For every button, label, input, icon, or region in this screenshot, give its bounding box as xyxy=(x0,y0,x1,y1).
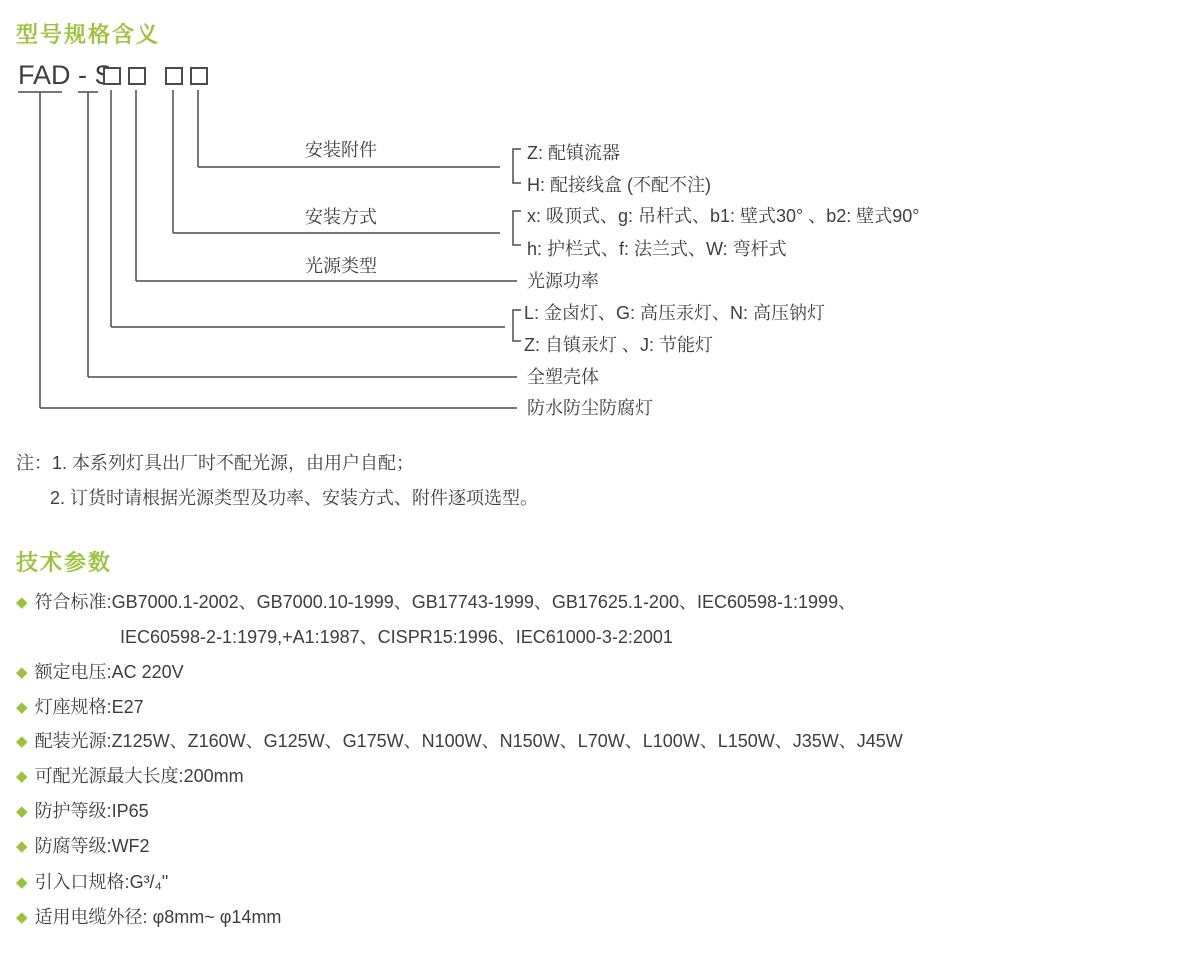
model-code-box-1 xyxy=(103,67,121,85)
param-standards-continued: IEC60598-2-1:1979,+A1:1987、CISPR15:1996、… xyxy=(120,627,673,647)
param-ip-rating: 防护等级:IP65 xyxy=(16,801,149,822)
branch-label-mounting: 安装方式 xyxy=(305,208,377,226)
param-text: 可配光源最大长度:200mm xyxy=(35,766,244,786)
model-spec-heading: 型号规格含义 xyxy=(16,18,160,49)
branch-label-source-power: 光源功率 xyxy=(527,272,599,290)
param-max-length: 可配光源最大长度:200mm xyxy=(16,766,244,787)
model-code-box-3 xyxy=(165,67,183,85)
option-source-type-row-1: L: 金卤灯、G: 高压汞灯、N: 高压钠灯 xyxy=(524,304,825,322)
param-text: 额定电压:AC 220V xyxy=(35,662,184,682)
param-text: 灯座规格:E27 xyxy=(35,697,144,717)
note-line-2: 2. 订货时请根据光源类型及功率、安装方式、附件逐项选型。 xyxy=(50,488,538,508)
option-attachment-z: Z: 配镇流器 xyxy=(527,144,620,162)
param-text: 防腐等级:WF2 xyxy=(35,836,150,856)
branch-label-product: 防水防尘防腐灯 xyxy=(527,399,653,417)
param-inlet-spec: 引入口规格:G³/₄" xyxy=(16,872,168,893)
param-rated-voltage: 额定电压:AC 220V xyxy=(16,662,184,683)
param-lamp-holder: 灯座规格:E27 xyxy=(16,697,144,718)
branch-label-attachment: 安装附件 xyxy=(305,141,377,159)
param-text: 适用电缆外径: φ8mm~ φ14mm xyxy=(35,907,282,927)
option-source-type-row-2: Z: 自镇汞灯 、J: 节能灯 xyxy=(524,336,713,354)
branch-label-housing: 全塑壳体 xyxy=(527,368,599,386)
param-cable-diameter: 适用电缆外径: φ8mm~ φ14mm xyxy=(16,907,281,928)
spec-page: 型号规格含义 FAD - S 安装附件 安装方式 光源类型 Z: 配镇流器 H:… xyxy=(0,0,1200,954)
param-standards: 符合标准:GB7000.1-2002、GB7000.10-1999、GB1774… xyxy=(16,592,856,613)
param-text: 引入口规格:G³/₄" xyxy=(35,872,169,892)
param-text: IEC60598-2-1:1979,+A1:1987、CISPR15:1996、… xyxy=(120,627,673,647)
technical-params-heading: 技术参数 xyxy=(16,546,112,577)
model-code-box-2 xyxy=(128,67,146,85)
option-attachment-h: H: 配接线盒 (不配不注) xyxy=(527,176,711,194)
branch-label-source-type: 光源类型 xyxy=(305,257,377,275)
note-line-1: 注：1. 本系列灯具出厂时不配光源，由用户自配； xyxy=(16,453,414,473)
param-text: 符合标准:GB7000.1-2002、GB7000.10-1999、GB1774… xyxy=(35,592,857,612)
model-code-box-4 xyxy=(190,67,208,85)
option-mounting-row-1: x: 吸顶式、g: 吊杆式、b1: 壁式30° 、b2: 壁式90° xyxy=(527,207,920,225)
option-mounting-row-2: h: 护栏式、f: 法兰式、W: 弯杆式 xyxy=(527,240,787,258)
param-anticorrosion-rating: 防腐等级:WF2 xyxy=(16,836,150,857)
param-text: 防护等级:IP65 xyxy=(35,801,149,821)
param-text: 配装光源:Z125W、Z160W、G125W、G175W、N100W、N150W… xyxy=(35,731,903,751)
param-light-sources: 配装光源:Z125W、Z160W、G125W、G175W、N100W、N150W… xyxy=(16,731,903,752)
model-prefix: FAD - S xyxy=(18,62,113,89)
